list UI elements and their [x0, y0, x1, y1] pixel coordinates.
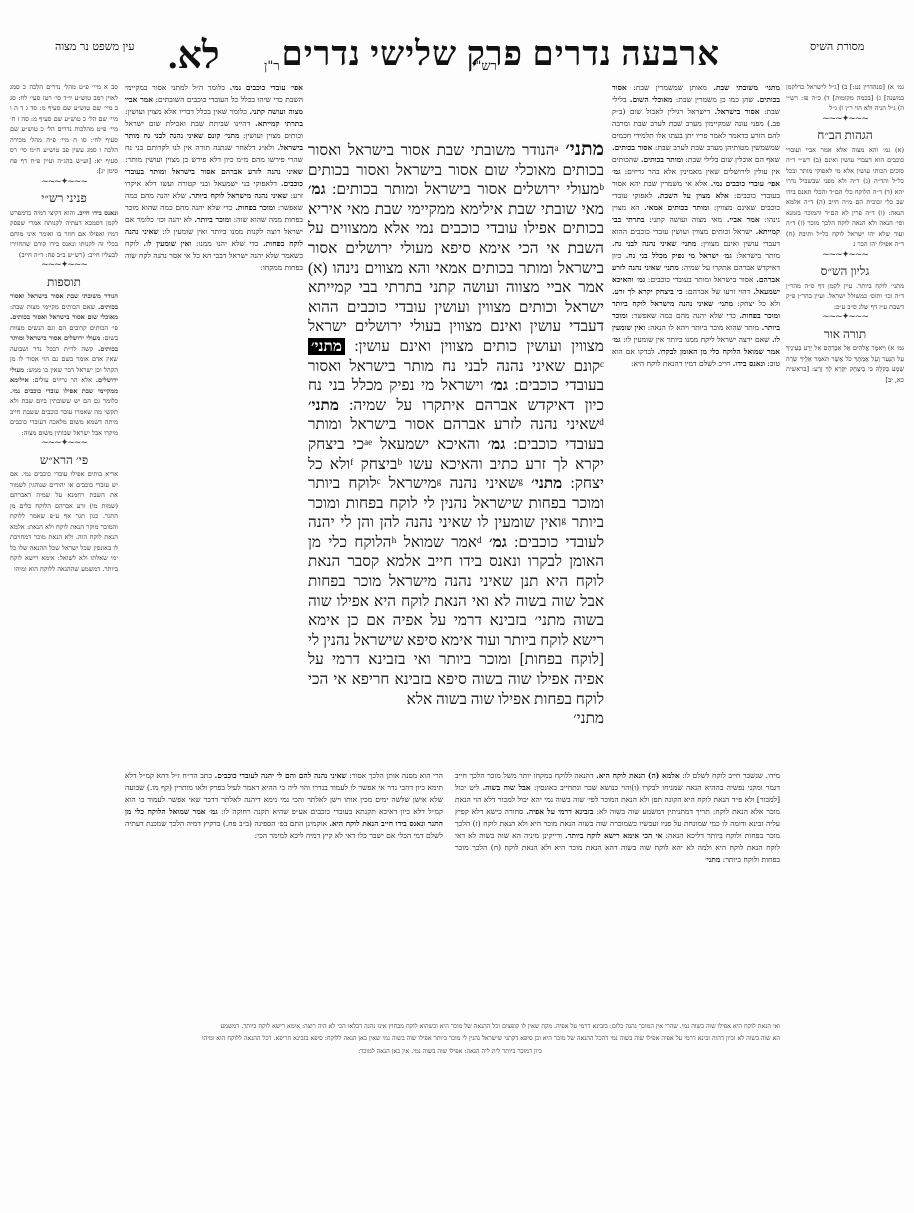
- dibbur-hamatchil: מתני׳ משובתי שבת.: [713, 83, 780, 92]
- ornament-divider: ~~~✦~~~: [10, 177, 118, 188]
- text-run: כדי שלא יהנה מהם כמה שאפשר:: [628, 311, 740, 320]
- ran-lower-column: הרי הוא מסנה אותן הלכך אסור: שאיני נהנה …: [125, 770, 443, 1000]
- dibbur-hamatchil: אי הכי אימא רישא לוקח ביותר.: [565, 831, 662, 840]
- ornament-divider: ~~~✦~~~: [10, 438, 118, 449]
- text-run: ᵈאמר שמואל ʰהלוקח כלי מן האומן לבקרו ונא…: [308, 534, 604, 708]
- text-run: כלומר גם הם יש ששובתין ביום שבת ולא תקשי…: [10, 397, 118, 437]
- talmud-page: מסורת השיס ארבעה נדרים פרק שלישי נדרים ר…: [0, 0, 914, 1213]
- text-run: שאף הם אוכלין שום בלילי שבת:: [683, 155, 780, 164]
- ornament-divider: ~~~✦~~~: [786, 250, 904, 261]
- text-run: שאם ירצה ישראל ליקח ממנו ביותר אין שומעי…: [621, 335, 772, 344]
- text-run: שאם הכותים מקיימי מצות שבת:: [10, 303, 98, 311]
- text-run: מאי מצוה ועושה קתני:: [645, 215, 727, 224]
- dibbur-hamatchil: ומוכר בפחות.: [235, 203, 275, 212]
- dibbur-hamatchil: מאוכלי שום אסור בישראל ואסור בכותים.: [10, 313, 118, 321]
- text-run: הרי הוא מסנה אותן הלכך אסור:: [347, 771, 443, 780]
- gemara-main-text: מתני׳ ᵃהנודר משובתי שבת אסור בישראל ואסו…: [308, 140, 604, 728]
- dibbur-hamatchil: מאוכלי השום.: [630, 95, 673, 104]
- bottom-note-line-1: ואי הנאת לוקח היא אפילו שוה בשוה נמי. שה…: [130, 1022, 780, 1032]
- dibbur-hamatchil: גמ׳: [308, 181, 326, 198]
- right-margin-column: גמ׳ א) [סנהדרין נט:] ב) [ג״ל לישראל כדלק…: [786, 82, 904, 942]
- pnei-rashi-title: פניני רש״י: [10, 193, 118, 204]
- gemara-paragraph: מתני׳: [308, 709, 604, 728]
- ornament-divider: ~~~✦~~~: [786, 114, 904, 125]
- text-run: ᵃהנודר משובתי שבת אסור בישראל ואסור בכות…: [308, 142, 604, 198]
- pirush-harosh-text: אריא בותים אפילו עובדי כוכבים נמי. אם יש…: [10, 469, 118, 574]
- masoret-hashas-header: מסורת השיס: [810, 40, 864, 53]
- ein-mishpat-text: סב א מיי׳ פ״ט מהל׳ נדרים הלכה כ סמג לאוי…: [10, 82, 118, 177]
- dibbur-hamatchil: ומותר בכותים.: [641, 155, 683, 164]
- dibbur-hamatchil: גמ׳: [489, 534, 507, 551]
- bottom-note-center: כיון דמוכר ביותר לית ליה הנאה: אפילו שוה…: [300, 1048, 600, 1055]
- dibbur-hamatchil: בזבינא דרמי על אפיה.: [526, 807, 593, 816]
- text-run: אלא הר גריזים עולים:: [29, 376, 96, 384]
- text-run: מותר שהוא מוכר ביותר ויהא לו הנאה:: [645, 323, 761, 332]
- text-run: חייב לשלם דמיו דהנאת לוקח היא:: [631, 359, 733, 368]
- boxed-mishna-label: מתני׳: [308, 338, 345, 355]
- torah-or-text: גמ׳ א) וַיֹּאמֶר אֱלֹהִים אֶל אַבְרָהָם …: [786, 343, 904, 385]
- dibbur-hamatchil: ונאנס בידו.: [733, 359, 765, 368]
- rashi-header-label: רש"י: [472, 58, 497, 74]
- daf-number: לא.: [168, 34, 220, 78]
- page-title: ארבעה נדרים פרק שלישי נדרים: [300, 36, 720, 76]
- masoret-hashas-text: גמ׳ א) [סנהדרין נט:] ב) [ג״ל לישראל כדלק…: [786, 82, 904, 114]
- text-run: אסור בישראל ומותר בעובדי כוכבים:: [645, 275, 756, 284]
- text-run: מאי שובתי שבת אילימא ממקיימי שבת מאי איר…: [308, 201, 604, 355]
- dibbur-hamatchil: ונאנס בידו חייב.: [77, 209, 118, 217]
- dibbur-hamatchil: ואין שומעין לו.: [143, 239, 191, 248]
- hagahot-habach-text: (א) גמ׳ והא מצוה אלא אמר אביי ועובדי כוכ…: [786, 145, 904, 250]
- dibbur-hamatchil: שאיני נהנה מישראל לוקח ביותר.: [189, 191, 288, 200]
- ornament-divider: ~~~✦~~~: [786, 312, 904, 323]
- dibbur-hamatchil: אסור בישראל.: [715, 107, 760, 116]
- gilyon-hashas-title: גליון הש״ס: [786, 266, 904, 277]
- ran-lower-right-column: מידו. שנשבר חייב לוקח לשלם לו: אלמא (ה) …: [455, 770, 780, 1000]
- ein-mishpat-header: עין משפט נר מצוה: [55, 40, 135, 53]
- torah-or-title: תורה אור: [786, 329, 904, 340]
- dibbur-hamatchil: מתני׳: [531, 475, 562, 492]
- gemara-paragraph: מתני׳ ᵃהנודר משובתי שבת אסור בישראל ואסו…: [308, 140, 604, 709]
- pirush-harosh-title: פי׳ הרא״ש: [10, 455, 118, 466]
- tosafot-text: הנודר משובתי שבת אסור בישראל ואסור בכותי…: [10, 291, 118, 438]
- left-margin-column: סב א מיי׳ פ״ט מהל׳ נדרים הלכה כ סמג לאוי…: [10, 82, 118, 1022]
- dibbur-hamatchil: אלא מצוין על השבת.: [657, 191, 728, 200]
- text-run: שהן כמו כן משמרין שבת:: [672, 95, 756, 104]
- dibbur-hamatchil: גמ׳: [490, 377, 508, 394]
- text-run: ולא כל יצחק:: [733, 299, 780, 308]
- text-run: מתני׳: [573, 710, 604, 727]
- dibbur-hamatchil: אלמא (ה) הנאת לוקח היא.: [596, 771, 680, 780]
- text-run: מותר בישראל:: [732, 251, 780, 260]
- text-run: מידו. שנשבר חייב לוקח לשלם לו:: [680, 771, 780, 780]
- dibbur-hamatchil: ומותר בכותים אמאי.: [644, 203, 709, 212]
- dibbur-hamatchil: גמ׳: [488, 436, 506, 453]
- dibbur-hamatchil: מתני׳: [705, 855, 720, 864]
- dibbur-hamatchil: אמר אביי.: [727, 215, 760, 224]
- ran-header-label: ר"ן: [264, 58, 280, 74]
- mishna-label: מתני׳: [565, 140, 604, 160]
- dibbur-hamatchil: אפי׳ עובדי כוכבים נמי.: [230, 83, 303, 92]
- dibbur-hamatchil: מתני׳: [308, 397, 339, 414]
- text-run: מאותן שמשמרין שבת:: [627, 83, 714, 92]
- text-run: כלומר שאין בכלל דבריו אלא מצוין ועושין:: [125, 107, 249, 116]
- dibbur-hamatchil: שאיני נהנה להם והם לי יהנה לעובדי כוכבים…: [215, 771, 347, 780]
- ornament-divider: ~~~✦~~~: [10, 260, 118, 271]
- text-run: כדי שלא יהנו ממנו:: [191, 239, 263, 248]
- ran-column: אפי׳ עובדי כוכבים נמי. כלומר ה״ל למתני א…: [125, 82, 303, 762]
- gilyon-hashas-text: מתני׳ לוקח ביותר. עיין לקמן דף ס״ה מהר״ן…: [786, 281, 904, 313]
- tosafot-title: תוספות: [10, 277, 118, 288]
- text-run: דהוי זרעו של אברהם:: [683, 287, 754, 296]
- bottom-note-line-2: הא שוה בשוה לא וכיון דהוה זבינא דרמי על …: [130, 1034, 780, 1044]
- dibbur-hamatchil: כי ביצחק יקרא לך זרע.: [612, 287, 683, 296]
- dibbur-hamatchil: אבל שוה בשוה.: [482, 783, 530, 792]
- dibbur-hamatchil: אסור בכותים.: [612, 143, 652, 152]
- dibbur-hamatchil: גמ׳ ישראל מי נפיק מכלל בני נח.: [626, 251, 732, 260]
- pnei-rashi-text: ונאנס בידו חייב. והוא דקיצי דמיה כדמפרש …: [10, 208, 118, 261]
- dibbur-hamatchil: ומוכר ביותר.: [194, 215, 231, 224]
- dibbur-hamatchil: מתני׳ שאיני נהנה לבני נח.: [612, 239, 696, 248]
- dibbur-hamatchil: בתרתי קמייתא.: [255, 119, 303, 128]
- hagahot-habach-title: הגהות הב״ח: [786, 130, 904, 141]
- rashi-column: מתני׳ משובתי שבת. מאותן שמשמרין שבת: אסו…: [612, 82, 780, 762]
